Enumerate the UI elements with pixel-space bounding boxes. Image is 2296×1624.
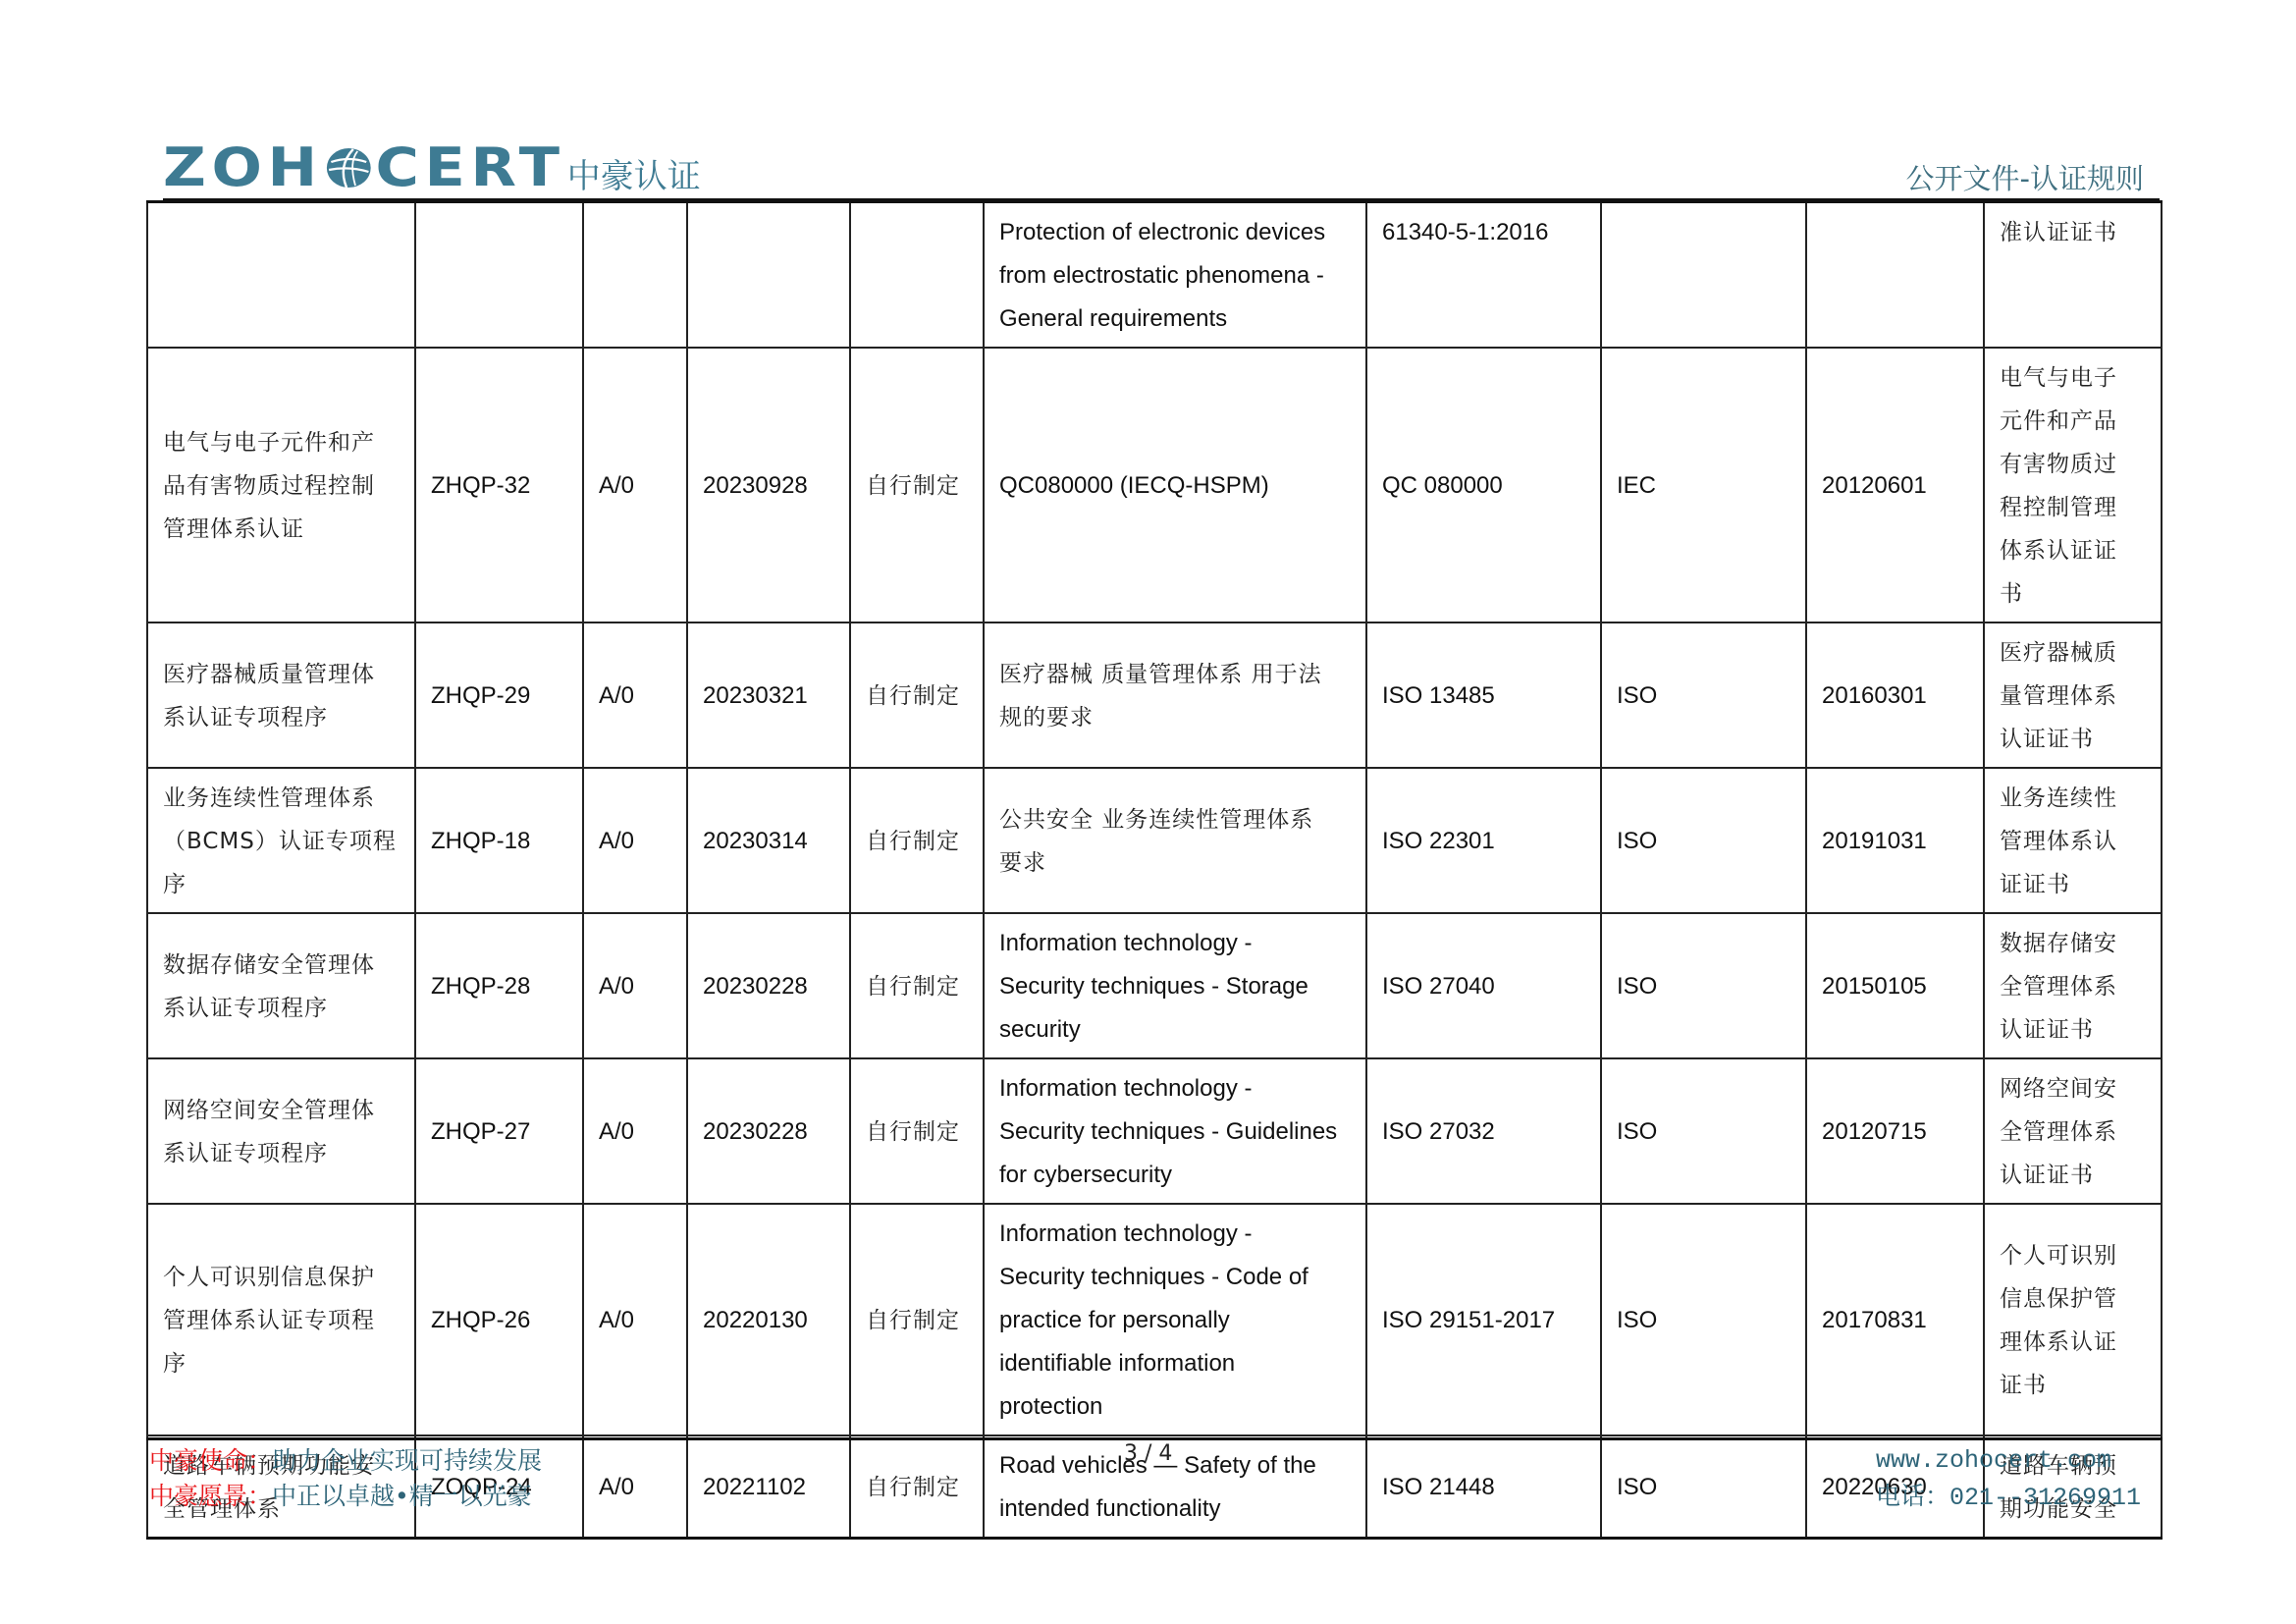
cell-line: Security techniques - Guidelines xyxy=(999,1110,1352,1154)
issuer-cell: IEC xyxy=(1601,348,1806,623)
cell-line: 管理体系认 xyxy=(2000,820,2153,863)
cell-line: 数据存储安 xyxy=(2000,922,2153,965)
standard-date-cell: 20150105 xyxy=(1806,913,1984,1058)
footer-mission-vision: 中豪使命：助力企业实现可持续发展 中豪愿景：中正以卓越•精一以光豪 xyxy=(149,1443,542,1514)
source-cell: 自行制定 xyxy=(850,623,984,768)
cell-line: QC080000 (IECQ-HSPM) xyxy=(999,464,1352,508)
version-cell: A/0 xyxy=(583,768,687,913)
standard-number-cell: ISO 27040 xyxy=(1366,913,1601,1058)
table-row: 数据存储安全管理体系认证专项程序ZHQP-28A/020230228自行制定In… xyxy=(147,913,2162,1058)
cell-line: 全管理体系 xyxy=(2000,1110,2153,1154)
vision-text: 中正以卓越•精一以光豪 xyxy=(272,1482,532,1510)
version-cell: A/0 xyxy=(583,623,687,768)
cell-line: Information technology - xyxy=(999,1213,1352,1256)
procedure-name-cell: 业务连续性管理体系（BCMS）认证专项程序 xyxy=(147,768,415,913)
vision-line: 中豪愿景：中正以卓越•精一以光豪 xyxy=(149,1479,542,1514)
issuer-cell: ISO xyxy=(1601,623,1806,768)
source-cell: 自行制定 xyxy=(850,348,984,623)
certificate-cell: 医疗器械质量管理体系认证证书 xyxy=(1984,623,2162,768)
cell-line: 全管理体系 xyxy=(2000,965,2153,1008)
cell-line: 医疗器械质 xyxy=(2000,631,2153,675)
cell-line: Protection of electronic devices xyxy=(999,211,1352,254)
procedure-name-cell: 数据存储安全管理体系认证专项程序 xyxy=(147,913,415,1058)
footer-contact: www.zohocert.com 电话：021--31269911 xyxy=(1876,1443,2141,1516)
issuer-cell: ISO xyxy=(1601,1058,1806,1204)
cell-line: 业务连续性管理体系 xyxy=(163,777,400,820)
cell-line: 电气与电子 xyxy=(2000,356,2153,400)
cell-line: protection xyxy=(999,1385,1352,1429)
cell-line: 医疗器械质量管理体 xyxy=(163,653,400,696)
standard-number-cell: ISO 13485 xyxy=(1366,623,1601,768)
issuer-cell: ISO xyxy=(1601,1435,1806,1539)
standard-number-cell: ISO 22301 xyxy=(1366,768,1601,913)
standard-date-cell: 20120715 xyxy=(1806,1058,1984,1204)
table-row: Protection of electronic devicesfrom ele… xyxy=(147,202,2162,349)
cell-line: Information technology - xyxy=(999,1067,1352,1110)
cell-line: 医疗器械 质量管理体系 用于法 xyxy=(999,653,1352,696)
cell-line: 要求 xyxy=(999,841,1352,885)
cell-line: 系认证专项程序 xyxy=(163,987,400,1030)
source-cell xyxy=(850,202,984,349)
cell-line: security xyxy=(999,1008,1352,1052)
cell-line: 认证证书 xyxy=(2000,1154,2153,1197)
version-cell xyxy=(583,202,687,349)
cell-line: 准认证证书 xyxy=(2000,211,2153,254)
version-cell: A/0 xyxy=(583,1435,687,1539)
company-logo: ZOH CERT 中豪认证 xyxy=(163,137,701,194)
cell-line: 信息保护管 xyxy=(2000,1277,2153,1321)
source-cell: 自行制定 xyxy=(850,768,984,913)
website-link[interactable]: www.zohocert.com xyxy=(1876,1443,2141,1479)
standard-title-cell: Information technology -Security techniq… xyxy=(984,1058,1366,1204)
cell-line: 有害物质过 xyxy=(2000,443,2153,486)
phone-number: 021--31269911 xyxy=(1949,1484,2141,1512)
cell-line: 证证书 xyxy=(2000,863,2153,906)
cell-line: 认证证书 xyxy=(2000,1008,2153,1052)
standard-number-cell: ISO 27032 xyxy=(1366,1058,1601,1204)
logo-text-left: ZOH xyxy=(163,141,323,194)
cell-line: （BCMS）认证专项程 xyxy=(163,820,400,863)
cell-line: 序 xyxy=(163,1342,400,1385)
standard-number-cell: ISO 29151-2017 xyxy=(1366,1204,1601,1435)
procedure-name-cell: 电气与电子元件和产品有害物质过程控制管理体系认证 xyxy=(147,348,415,623)
cell-line: 规的要求 xyxy=(999,696,1352,739)
standard-title-cell: Information technology -Security techniq… xyxy=(984,1204,1366,1435)
cell-line: Information technology - xyxy=(999,922,1352,965)
procedure-code-cell: ZHQP-28 xyxy=(415,913,583,1058)
mission-line: 中豪使命：助力企业实现可持续发展 xyxy=(149,1443,542,1479)
cell-line: for cybersecurity xyxy=(999,1154,1352,1197)
document-classification: 公开文件-认证规则 xyxy=(1906,157,2144,197)
footer-divider xyxy=(146,1437,2163,1440)
vision-label: 中豪愿景： xyxy=(149,1482,272,1510)
procedure-name-cell: 个人可识别信息保护管理体系认证专项程序 xyxy=(147,1204,415,1435)
table-row: 个人可识别信息保护管理体系认证专项程序ZHQP-26A/020220130自行制… xyxy=(147,1204,2162,1435)
issuer-cell: ISO xyxy=(1601,768,1806,913)
issue-date-cell: 20220130 xyxy=(687,1204,850,1435)
cell-line: from electrostatic phenomena - xyxy=(999,254,1352,298)
procedure-code-cell: ZHQP-29 xyxy=(415,623,583,768)
certificate-cell: 网络空间安全管理体系认证证书 xyxy=(1984,1058,2162,1204)
standard-title-cell: 医疗器械 质量管理体系 用于法规的要求 xyxy=(984,623,1366,768)
cell-line: 业务连续性 xyxy=(2000,777,2153,820)
source-cell: 自行制定 xyxy=(850,1435,984,1539)
standard-date-cell: 20160301 xyxy=(1806,623,1984,768)
standard-number-cell: 61340-5-1:2016 xyxy=(1366,202,1601,349)
table-row: 业务连续性管理体系（BCMS）认证专项程序ZHQP-18A/020230314自… xyxy=(147,768,2162,913)
certificate-cell: 准认证证书 xyxy=(1984,202,2162,349)
cell-line: Road vehicles — Safety of the xyxy=(999,1444,1352,1488)
mission-label: 中豪使命： xyxy=(149,1446,272,1475)
cell-line: practice for personally xyxy=(999,1299,1352,1342)
issue-date-cell: 20221102 xyxy=(687,1435,850,1539)
certificate-cell: 个人可识别信息保护管理体系认证证书 xyxy=(1984,1204,2162,1435)
procedure-name-cell: 网络空间安全管理体系认证专项程序 xyxy=(147,1058,415,1204)
cell-line: 个人可识别 xyxy=(2000,1234,2153,1277)
source-cell: 自行制定 xyxy=(850,913,984,1058)
page-number: 3 / 4 xyxy=(1124,1441,1172,1466)
cell-line: 程控制管理 xyxy=(2000,486,2153,529)
phone-line: 电话：021--31269911 xyxy=(1876,1479,2141,1516)
cell-line: 管理体系认证 xyxy=(163,508,400,551)
issuer-cell: ISO xyxy=(1601,1204,1806,1435)
standard-title-cell: Protection of electronic devicesfrom ele… xyxy=(984,202,1366,349)
table-row: 电气与电子元件和产品有害物质过程控制管理体系认证ZHQP-32A/0202309… xyxy=(147,348,2162,623)
cell-line: 书 xyxy=(2000,572,2153,616)
standard-title-cell: 公共安全 业务连续性管理体系要求 xyxy=(984,768,1366,913)
standard-title-cell: Information technology -Security techniq… xyxy=(984,913,1366,1058)
issuer-cell xyxy=(1601,202,1806,349)
cell-line: 系认证专项程序 xyxy=(163,1132,400,1175)
cell-line: 证书 xyxy=(2000,1364,2153,1407)
cell-line: 系认证专项程序 xyxy=(163,696,400,739)
version-cell: A/0 xyxy=(583,348,687,623)
logo-chinese-name: 中豪认证 xyxy=(567,159,701,194)
cell-line: 网络空间安 xyxy=(2000,1067,2153,1110)
version-cell: A/0 xyxy=(583,1058,687,1204)
procedure-name-cell: 医疗器械质量管理体系认证专项程序 xyxy=(147,623,415,768)
cell-line: 量管理体系 xyxy=(2000,675,2153,718)
procedure-code-cell: ZHQP-18 xyxy=(415,768,583,913)
table-row: 医疗器械质量管理体系认证专项程序ZHQP-29A/020230321自行制定医疗… xyxy=(147,623,2162,768)
issuer-cell: ISO xyxy=(1601,913,1806,1058)
phone-label: 电话： xyxy=(1876,1482,1949,1510)
cell-line: 公共安全 业务连续性管理体系 xyxy=(999,798,1352,841)
issue-date-cell: 20230228 xyxy=(687,913,850,1058)
issue-date-cell: 20230314 xyxy=(687,768,850,913)
cell-line: Security techniques - Storage xyxy=(999,965,1352,1008)
cell-line: identifiable information xyxy=(999,1342,1352,1385)
logo-text-right: CERT xyxy=(375,141,564,194)
globe-icon xyxy=(325,146,373,189)
cell-line: 网络空间安全管理体 xyxy=(163,1089,400,1132)
cell-line: 理体系认证 xyxy=(2000,1321,2153,1364)
cell-line: 品有害物质过程控制 xyxy=(163,464,400,508)
source-cell: 自行制定 xyxy=(850,1204,984,1435)
procedure-code-cell: ZHQP-27 xyxy=(415,1058,583,1204)
cell-line: Security techniques - Code of xyxy=(999,1256,1352,1299)
certificate-cell: 数据存储安全管理体系认证证书 xyxy=(1984,913,2162,1058)
cell-line: 元件和产品 xyxy=(2000,400,2153,443)
procedure-code-cell: ZHQP-26 xyxy=(415,1204,583,1435)
cell-line: 数据存储安全管理体 xyxy=(163,944,400,987)
cell-line: intended functionality xyxy=(999,1488,1352,1531)
logo-wordmark: ZOH CERT xyxy=(163,141,565,194)
standard-date-cell: 20120601 xyxy=(1806,348,1984,623)
standard-number-cell: ISO 21448 xyxy=(1366,1435,1601,1539)
issue-date-cell: 20230321 xyxy=(687,623,850,768)
cell-line: General requirements xyxy=(999,298,1352,341)
procedures-table: Protection of electronic devicesfrom ele… xyxy=(146,200,2163,1540)
version-cell: A/0 xyxy=(583,1204,687,1435)
procedure-name-cell xyxy=(147,202,415,349)
cell-line: 电气与电子元件和产 xyxy=(163,421,400,464)
procedure-code-cell xyxy=(415,202,583,349)
issue-date-cell: 20230928 xyxy=(687,348,850,623)
standard-date-cell: 20191031 xyxy=(1806,768,1984,913)
procedure-code-cell: ZHQP-32 xyxy=(415,348,583,623)
source-cell: 自行制定 xyxy=(850,1058,984,1204)
certificate-cell: 业务连续性管理体系认证证书 xyxy=(1984,768,2162,913)
cell-line: 认证证书 xyxy=(2000,718,2153,761)
standard-title-cell: Road vehicles — Safety of theintended fu… xyxy=(984,1435,1366,1539)
issue-date-cell: 20230228 xyxy=(687,1058,850,1204)
cell-line: 管理体系认证专项程 xyxy=(163,1299,400,1342)
standard-date-cell xyxy=(1806,202,1984,349)
version-cell: A/0 xyxy=(583,913,687,1058)
mission-text: 助力企业实现可持续发展 xyxy=(272,1446,542,1475)
cell-line: 序 xyxy=(163,863,400,906)
standard-title-cell: QC080000 (IECQ-HSPM) xyxy=(984,348,1366,623)
cell-line: 个人可识别信息保护 xyxy=(163,1256,400,1299)
standard-number-cell: QC 080000 xyxy=(1366,348,1601,623)
cell-line: 体系认证证 xyxy=(2000,529,2153,572)
table-row: 网络空间安全管理体系认证专项程序ZHQP-27A/020230228自行制定In… xyxy=(147,1058,2162,1204)
standard-date-cell: 20170831 xyxy=(1806,1204,1984,1435)
issue-date-cell xyxy=(687,202,850,349)
certificate-cell: 电气与电子元件和产品有害物质过程控制管理体系认证证书 xyxy=(1984,348,2162,623)
